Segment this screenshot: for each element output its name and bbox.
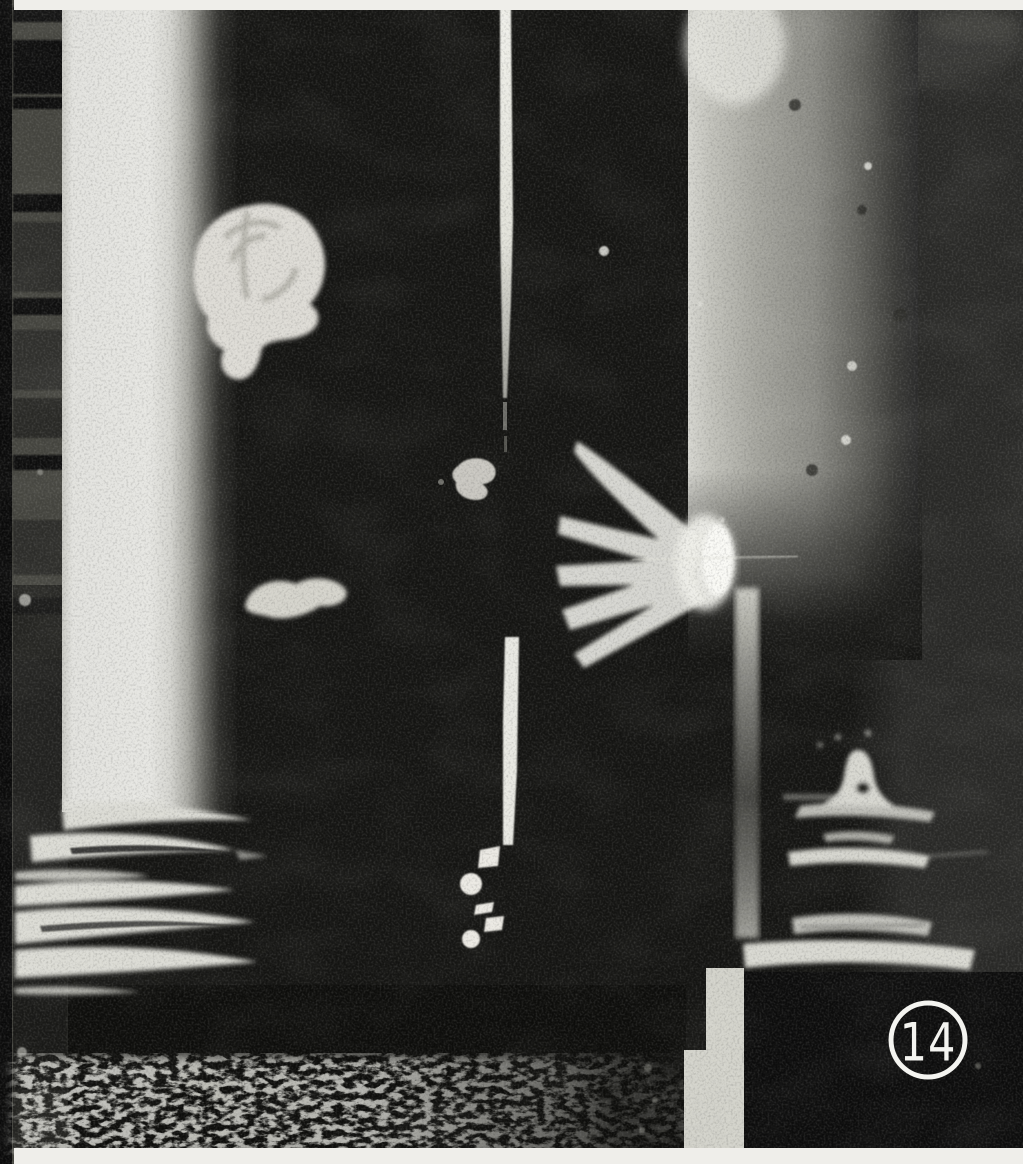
scanned-page: 14: [0, 0, 1023, 1164]
halftone-photograph: 14: [0, 0, 1023, 1164]
bottom-paper-border: [14, 1148, 1023, 1164]
halftone-grain-dark: [14, 9, 1023, 1148]
badge-number: 14: [900, 1013, 957, 1074]
figure-number-badge: 14: [891, 1003, 965, 1077]
top-paper-border: [14, 0, 1023, 10]
